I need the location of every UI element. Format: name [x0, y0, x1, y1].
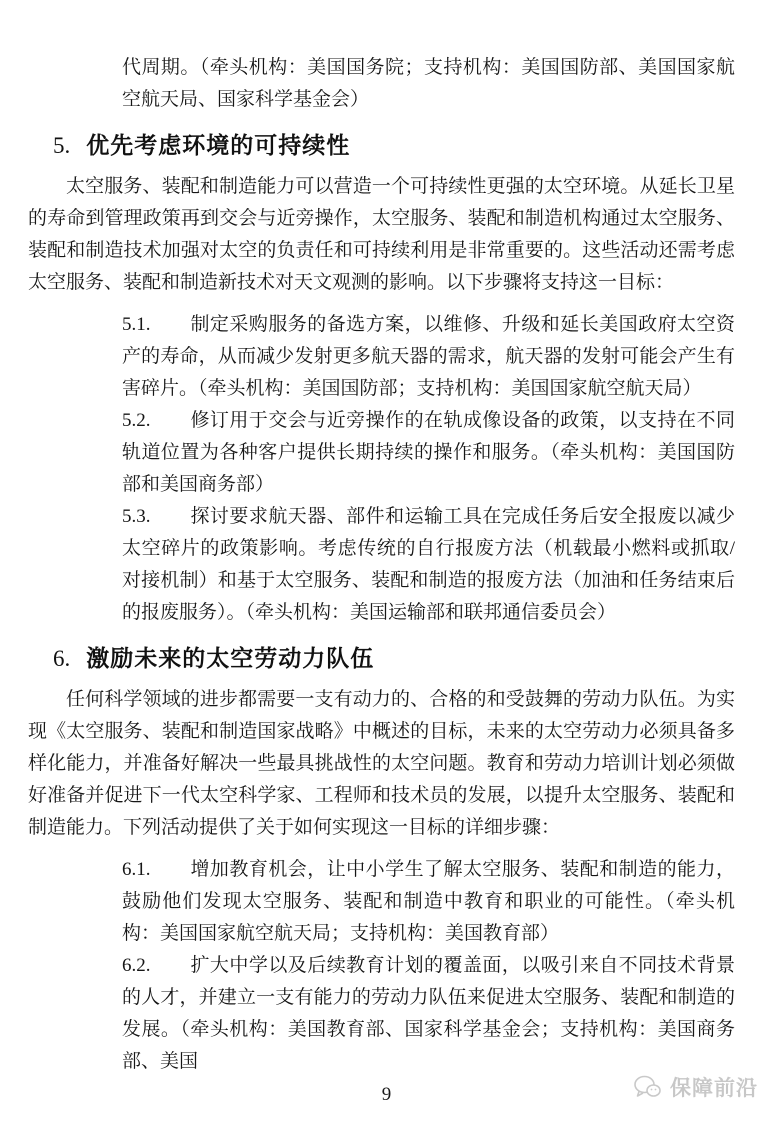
action-item-5-1: 5.1.制定采购服务的备选方案，以维修、升级和延长美国政府太空资产的寿命，从而减…	[122, 309, 735, 405]
item-number: 5.2.	[122, 405, 190, 437]
wechat-bubbles-icon	[634, 1075, 661, 1099]
item-number: 5.3.	[122, 501, 190, 533]
page-content: 代周期。（牵头机构：美国国务院；支持机构：美国国防部、美国国家航空航天局、国家科…	[28, 52, 735, 1078]
section-6-number: 6.	[53, 646, 70, 671]
item-text: 制定采购服务的备选方案，以维修、升级和延长美国政府太空资产的寿命，从而减少发射更…	[122, 314, 735, 399]
document-page: 代周期。（牵头机构：美国国务院；支持机构：美国国防部、美国国家航空航天局、国家科…	[0, 0, 773, 1122]
item-number: 6.1.	[122, 854, 190, 886]
section-5-heading: 5.优先考虑环境的可持续性	[53, 130, 735, 161]
item-text: 修订用于交会与近旁操作的在轨成像设备的政策，以支持在不同轨道位置为各种客户提供长…	[122, 410, 735, 495]
carryover-paragraph: 代周期。（牵头机构：美国国务院；支持机构：美国国防部、美国国家航空航天局、国家科…	[122, 52, 735, 116]
section-5-paragraph: 太空服务、装配和制造能力可以营造一个可持续性更强的太空环境。从延长卫星的寿命到管…	[28, 171, 735, 299]
section-6-items: 6.1.增加教育机会，让中小学生了解太空服务、装配和制造的能力，鼓励他们发现太空…	[122, 854, 735, 1078]
action-item-6-2: 6.2.扩大中学以及后续教育计划的覆盖面，以吸引来自不同技术背景的人才，并建立一…	[122, 950, 735, 1078]
section-6-paragraph: 任何科学领域的进步都需要一支有动力的、合格的和受鼓舞的劳动力队伍。为实现《太空服…	[28, 684, 735, 844]
item-text: 扩大中学以及后续教育计划的覆盖面，以吸引来自不同技术背景的人才，并建立一支有能力…	[122, 955, 735, 1072]
watermark: 保障前沿	[634, 1072, 758, 1102]
item-text: 探讨要求航天器、部件和运输工具在完成任务后安全报废以减少太空碎片的政策影响。考虑…	[122, 506, 735, 623]
section-5-title: 优先考虑环境的可持续性	[86, 132, 350, 158]
section-6-title: 激励未来的太空劳动力队伍	[86, 645, 374, 671]
action-item-5-2: 5.2.修订用于交会与近旁操作的在轨成像设备的政策，以支持在不同轨道位置为各种客…	[122, 405, 735, 501]
action-item-6-1: 6.1.增加教育机会，让中小学生了解太空服务、装配和制造的能力，鼓励他们发现太空…	[122, 854, 735, 950]
item-text: 增加教育机会，让中小学生了解太空服务、装配和制造的能力，鼓励他们发现太空服务、装…	[122, 859, 735, 944]
section-5-items: 5.1.制定采购服务的备选方案，以维修、升级和延长美国政府太空资产的寿命，从而减…	[122, 309, 735, 629]
watermark-label: 保障前沿	[670, 1072, 758, 1102]
item-number: 5.1.	[122, 309, 190, 341]
section-5-number: 5.	[53, 133, 70, 158]
item-number: 6.2.	[122, 950, 190, 982]
action-item-5-3: 5.3.探讨要求航天器、部件和运输工具在完成任务后安全报废以减少太空碎片的政策影…	[122, 501, 735, 629]
section-6-heading: 6.激励未来的太空劳动力队伍	[53, 643, 735, 674]
